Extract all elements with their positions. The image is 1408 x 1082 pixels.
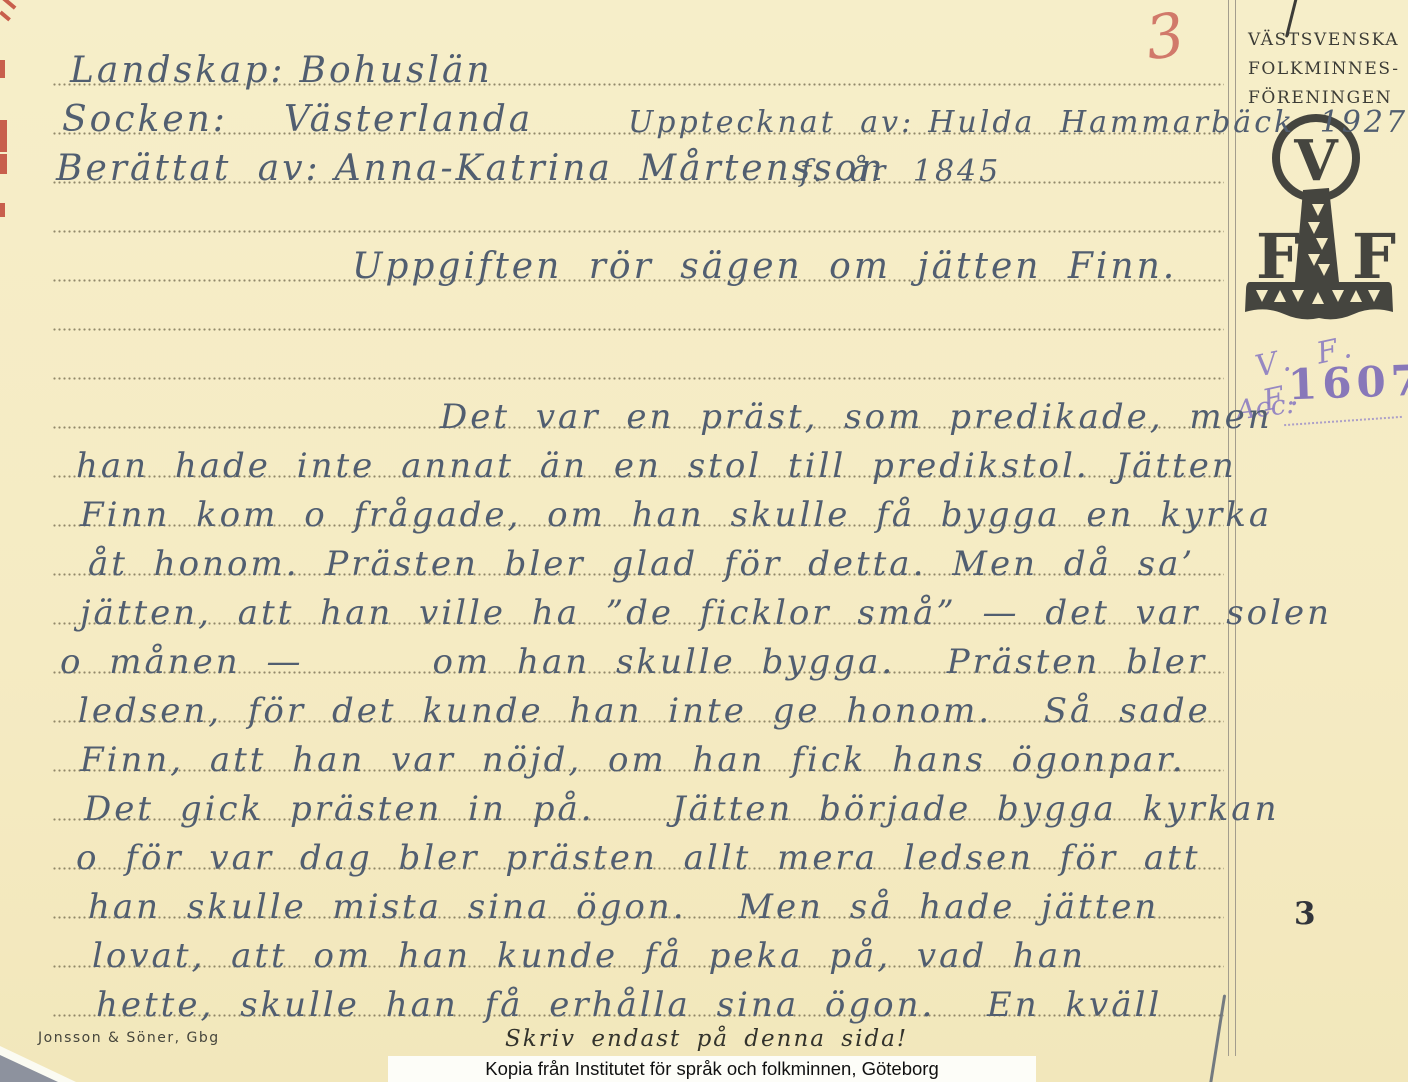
document-title: Uppgiften rör sägen om jätten Finn. (352, 246, 1177, 287)
field-landskap: Landskap:Bohuslän (70, 50, 493, 91)
field-upptecknat: Upptecknat av:Hulda Hammarbäck 1927 (628, 105, 1408, 140)
printer-imprint: Jonsson & Söner, Gbg (38, 1030, 220, 1046)
copy-notice-band: Kopia från Institutet för språk och folk… (388, 1056, 1036, 1082)
landskap-value: Bohuslän (300, 50, 493, 91)
red-edge-mark (0, 11, 11, 22)
body-line: lovat, att om han kunde få peka på, vad … (92, 936, 1086, 976)
field-socken: Socken:Västerlanda (62, 99, 533, 140)
printed-page-number: 3 (1294, 896, 1316, 932)
vff-thors-hammer-logo: V F F (1240, 106, 1398, 344)
field-birth-note: f. år 1845 (800, 154, 1001, 189)
red-edge-mark (0, 203, 5, 217)
stamp-accession-number: 1607 (1287, 356, 1408, 410)
organization-name: VÄSTSVENSKA FOLKMINNES- FÖRENINGEN (1248, 26, 1400, 113)
write-only-this-side-note: Skriv endast på denna sida! (505, 1026, 908, 1052)
stamp-acc-dotted-line (1284, 416, 1402, 426)
org-line-1: VÄSTSVENSKA (1248, 26, 1400, 55)
body-line: jätten, att han ville ha ”de ficklor små… (80, 593, 1332, 633)
landskap-label: Landskap: (70, 50, 286, 91)
body-line: åt honom. Prästen bler glad för detta. M… (88, 544, 1195, 584)
body-line: han hade inte annat än en stol till pred… (76, 446, 1237, 486)
socken-value: Västerlanda (284, 99, 533, 140)
upptecknat-label: Upptecknat av: (628, 105, 914, 140)
body-line: ledsen, för det kunde han inte ge honom.… (78, 691, 1211, 731)
body-line: Finn, att han var nöjd, om han fick hans… (80, 740, 1186, 780)
upptecknat-value: Hulda Hammarbäck 1927 (928, 105, 1408, 140)
body-line: Finn kom o frågade, om han skulle få byg… (80, 495, 1272, 535)
berattat-label: Berättat av: (56, 148, 321, 189)
org-line-2: FOLKMINNES- (1248, 55, 1400, 84)
socken-label: Socken: (62, 99, 228, 140)
red-edge-mark (0, 154, 7, 174)
thors-hammer-icon: V F F (1240, 106, 1398, 344)
copy-notice-text: Kopia från Institutet för språk och folk… (485, 1058, 939, 1080)
page-corner-background (0, 1055, 58, 1082)
handwritten-page-number: 3 (1141, 0, 1189, 74)
stray-pen-stroke (1209, 994, 1226, 1082)
red-edge-mark (0, 60, 5, 78)
red-edge-mark (2, 0, 17, 10)
body-line: o månen — om han skulle bygga. Prästen b… (60, 642, 1207, 682)
field-berattat: Berättat av:Anna-Katrina Mårtensson (56, 148, 886, 189)
body-line: Det gick prästen in på. Jätten började b… (84, 789, 1279, 829)
body-line: Det var en präst, som predikade, men (440, 397, 1273, 437)
red-edge-mark (0, 120, 7, 152)
scanned-folklore-record-page: { "page": { "red_page_number": "3", "bla… (0, 0, 1408, 1082)
body-line: o för var dag bler prästen allt mera led… (76, 838, 1201, 878)
body-line: hette, skulle han få erhålla sina ögon. … (96, 985, 1162, 1025)
body-line: han skulle mista sina ögon. Men så hade … (88, 887, 1159, 927)
